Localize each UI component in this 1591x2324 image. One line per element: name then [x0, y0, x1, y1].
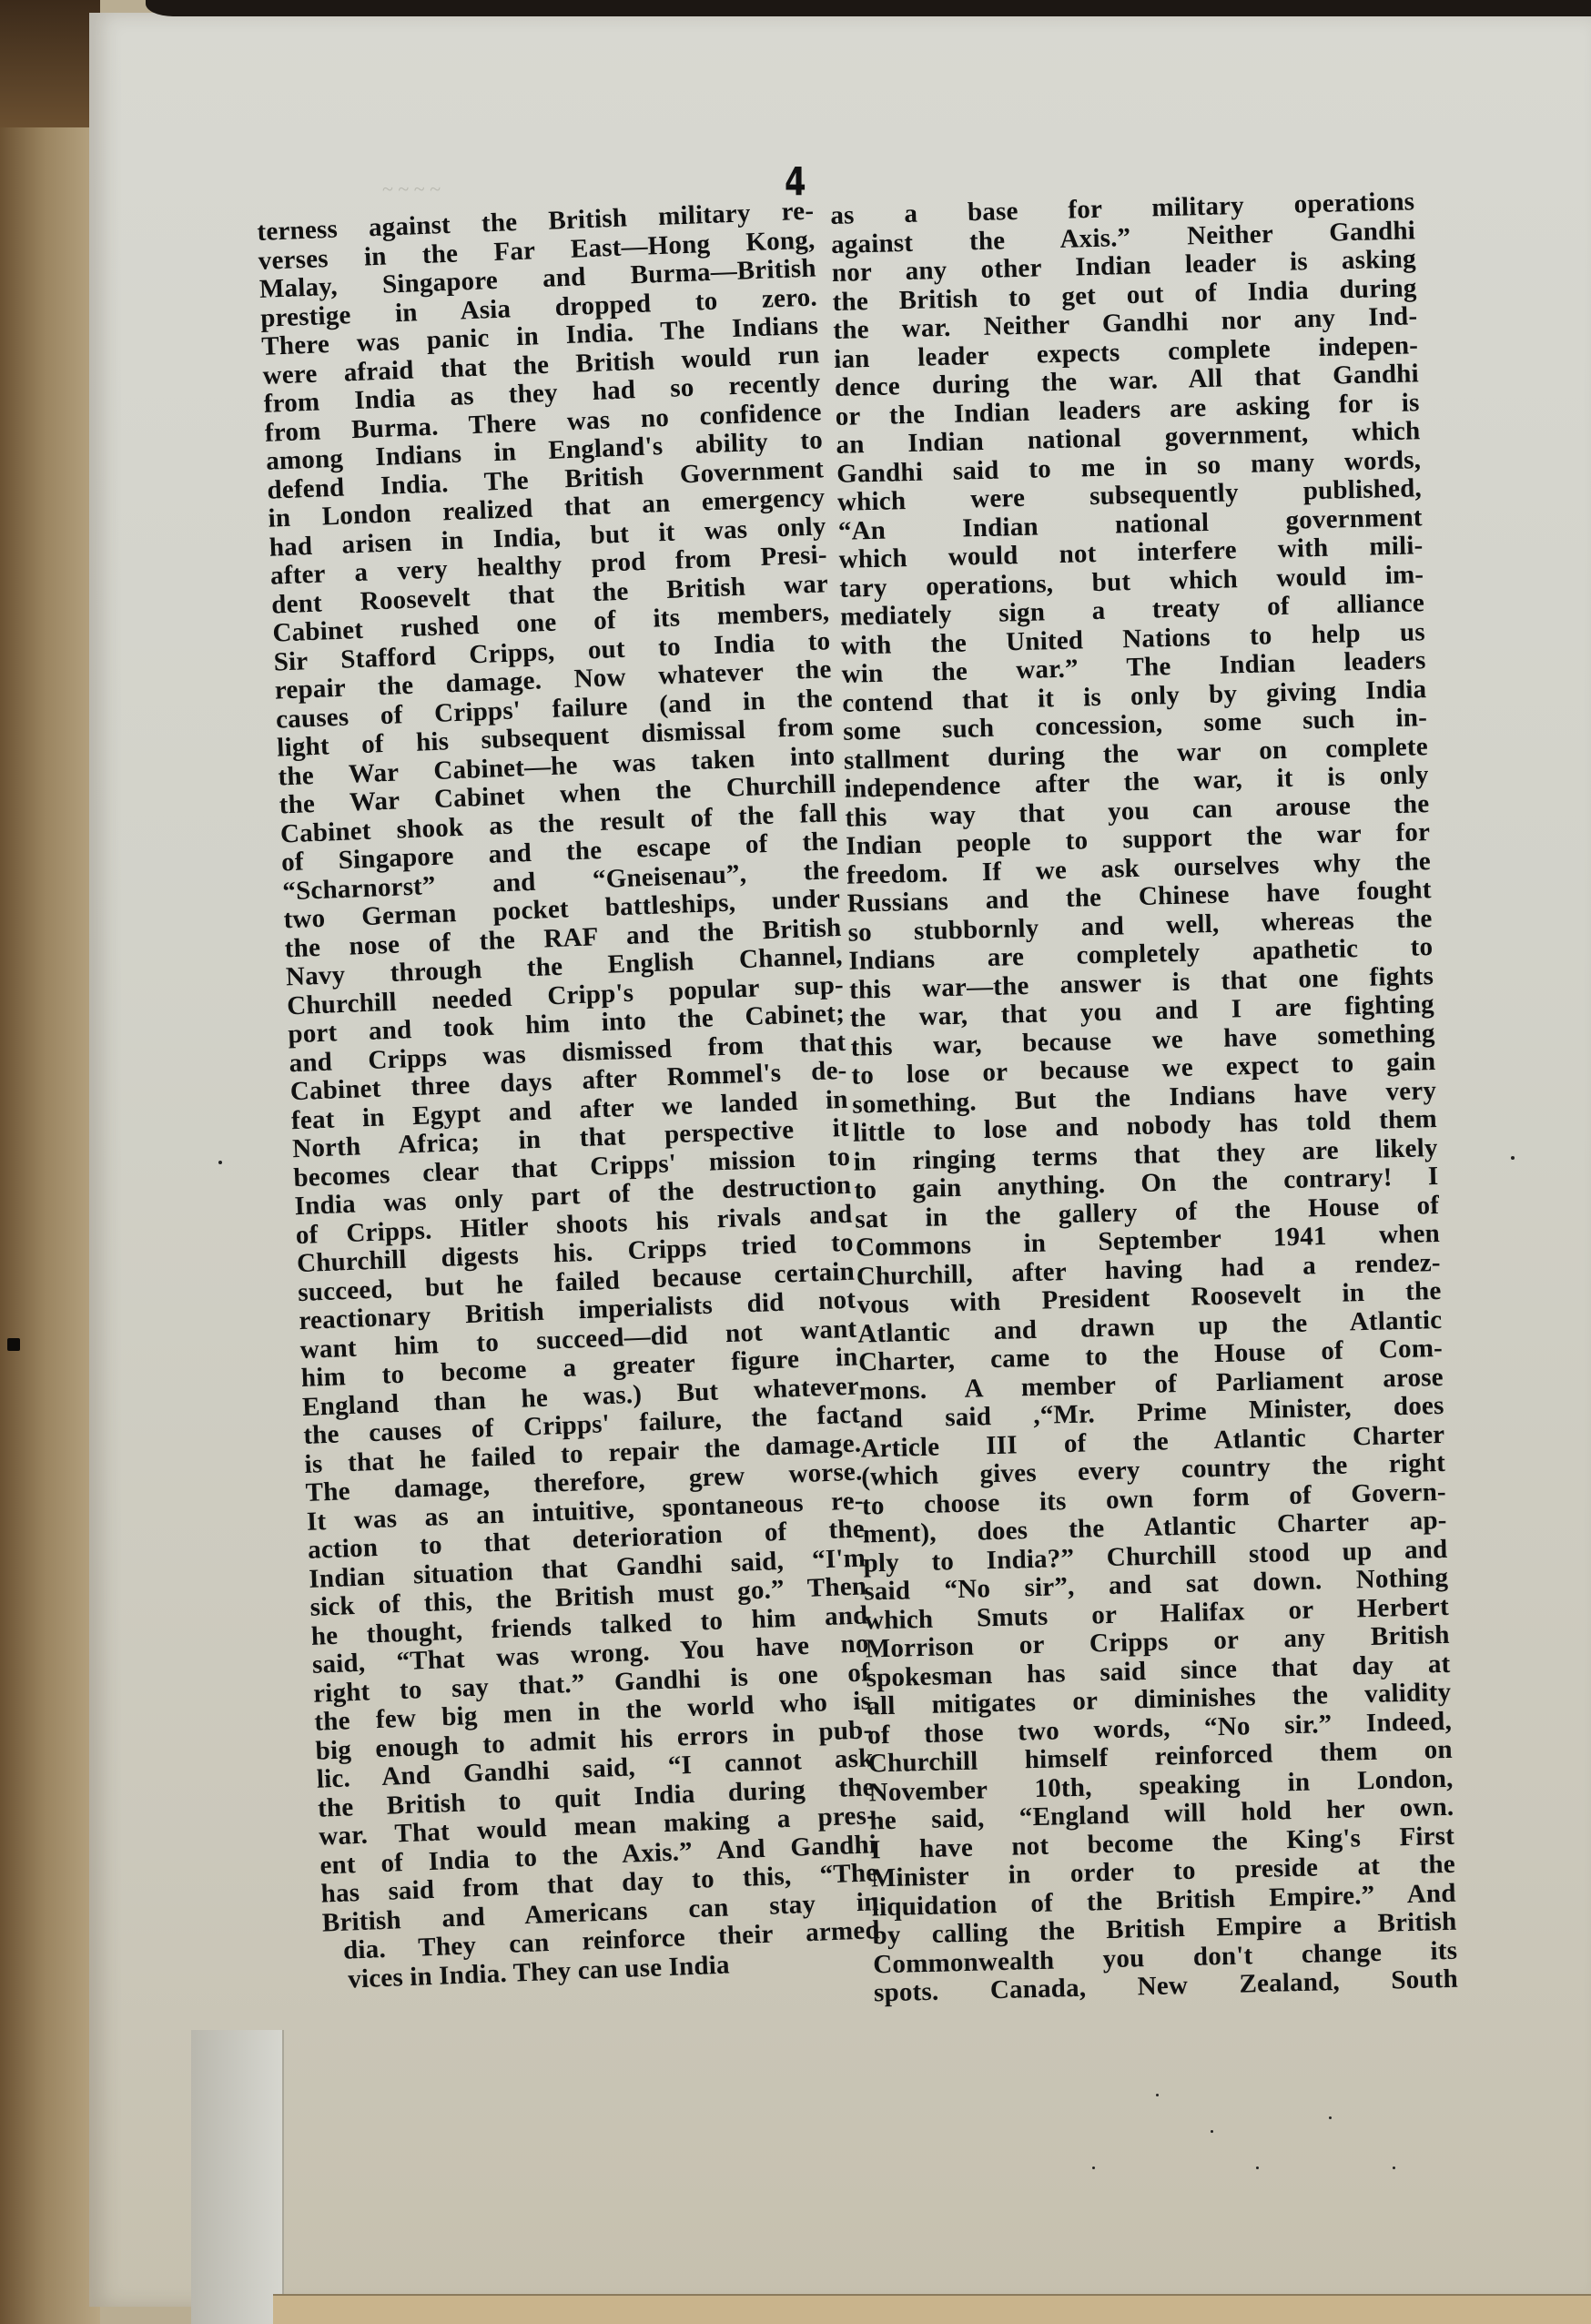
paper-speck — [1092, 2167, 1095, 2169]
paper-speck — [218, 1161, 222, 1164]
paper-speck — [1211, 2130, 1213, 2133]
show-through-text: ~ ~ ~ ~ — [382, 178, 441, 201]
page-top-shadow — [146, 0, 1591, 16]
right-column: as a base for military operations agains… — [830, 188, 1458, 2008]
paper-speck — [1329, 2116, 1332, 2119]
underlying-page-edge — [191, 2030, 284, 2324]
binding-hole — [7, 1338, 20, 1351]
page-bottom-edge — [273, 2294, 1591, 2324]
book-spine-edge — [0, 0, 100, 2324]
paper-speck — [1256, 2167, 1259, 2169]
book-spine-shadow — [0, 0, 100, 127]
left-column: terness against the British military re-… — [257, 198, 882, 1995]
paper-speck — [1393, 2167, 1395, 2169]
paper-speck — [1156, 2094, 1159, 2096]
paper-speck — [1511, 1156, 1515, 1160]
